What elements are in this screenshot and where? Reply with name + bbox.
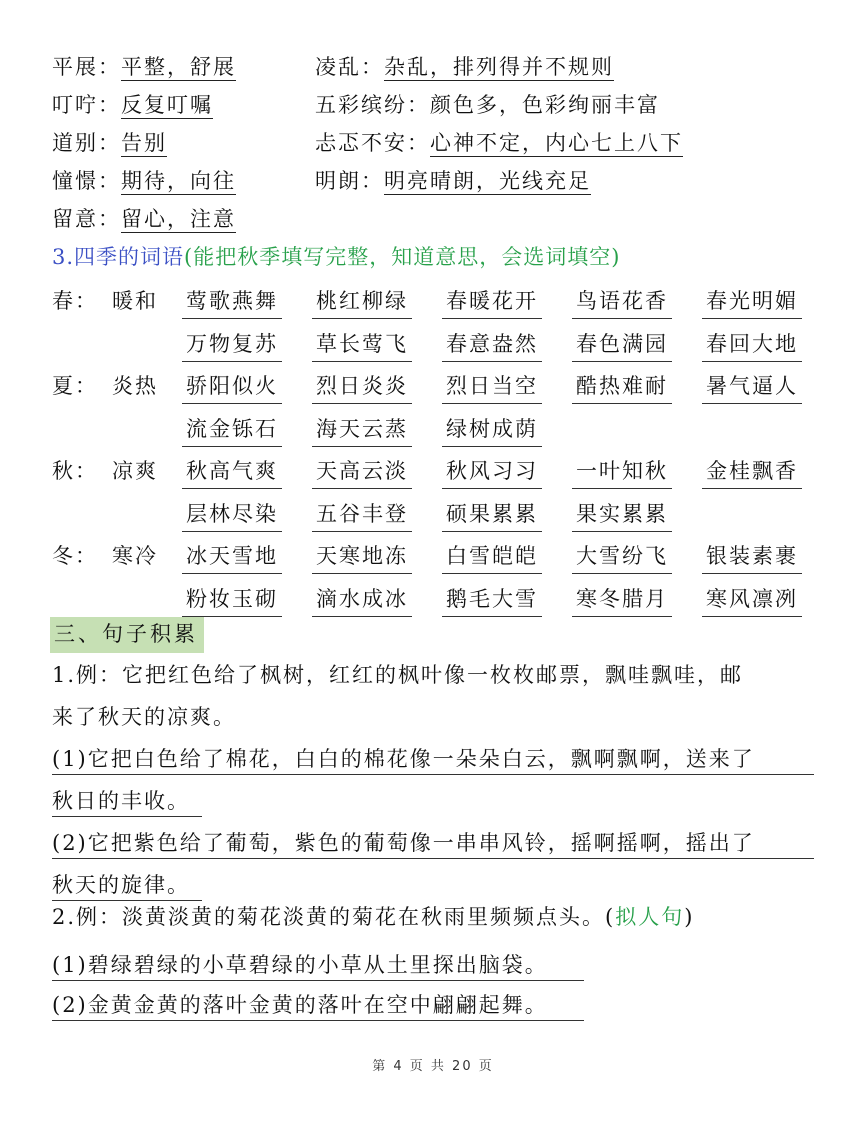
vocab-meaning: 留心，注意 [121, 207, 236, 233]
season-idiom: 桃红柳绿 [312, 286, 412, 319]
season-name: 冬： [52, 541, 112, 571]
vocab-meaning: 明亮晴朗，光线充足 [384, 169, 591, 195]
season-idiom: 绿树成荫 [442, 414, 542, 447]
season-idiom: 天高云淡 [312, 456, 412, 489]
vocab-row: 凌乱：杂乱，排列得并不规则 [315, 52, 614, 82]
vocab-meaning: 反复叮嘱 [121, 93, 213, 119]
season-idiom: 五谷丰登 [312, 499, 412, 532]
vocab-term: 明朗： [315, 169, 384, 193]
season-idiom: 天寒地冻 [312, 541, 412, 574]
season-feel: 炎热 [112, 371, 182, 401]
answer-text: 秋日的丰收。 [52, 786, 202, 817]
season-name: 春： [52, 286, 112, 316]
season-idiom: 层林尽染 [182, 499, 282, 532]
season-row: 春：暖和莺歌燕舞桃红柳绿春暖花开鸟语花香春光明媚 [52, 286, 822, 326]
season-row: 冬：寒冷冰天雪地天寒地冻白雪皑皑大雪纷飞银装素裹 [52, 541, 822, 581]
season-row: 层林尽染五谷丰登硕果累累果实累累 [52, 499, 822, 539]
season-feel: 寒冷 [112, 541, 182, 571]
season-idiom: 秋高气爽 [182, 456, 282, 489]
vocab-term: 忐忑不安： [315, 131, 430, 155]
season-feel: 暖和 [112, 286, 182, 316]
vocab-term: 道别： [52, 131, 121, 155]
answer-1-1-line1: (1)它把白色给了棉花，白白的棉花像一朵朵白云，飘啊飘啊，送来了 [52, 744, 814, 775]
answer-text: (1)碧绿碧绿的小草碧绿的小草从土里探出脑袋。 [52, 950, 584, 981]
season-feel: 凉爽 [112, 456, 182, 486]
example-2-text: 2.例：淡黄淡黄的菊花淡黄的菊花在秋雨里频频点头。( [52, 905, 615, 929]
answer-1-2-line1: (2)它把紫色给了葡萄，紫色的葡萄像一串串风铃，摇啊摇啊，摇出了 [52, 828, 814, 859]
season-idiom: 万物复苏 [182, 329, 282, 362]
season-row: 万物复苏草长莺飞春意盎然春色满园春回大地 [52, 329, 822, 369]
vocab-row: 憧憬：期待，向往 [52, 166, 236, 196]
season-idiom: 春色满园 [572, 329, 672, 362]
season-idiom: 一叶知秋 [572, 456, 672, 489]
example-2-tag: 拟人句 [615, 905, 684, 929]
example-2-close: ) [684, 905, 694, 929]
vocab-meaning: 心神不定，内心七上八下 [430, 131, 683, 157]
season-idiom: 冰天雪地 [182, 541, 282, 574]
season-idiom: 烈日炎炎 [312, 371, 412, 404]
vocab-term: 凌乱： [315, 55, 384, 79]
section-note: (能把秋季填写完整，知道意思，会选词填空) [184, 245, 620, 269]
answer-text: 秋天的旋律。 [52, 870, 202, 901]
season-idiom: 白雪皑皑 [442, 541, 542, 574]
season-name: 秋： [52, 456, 112, 486]
season-name: 夏： [52, 371, 112, 401]
answer-2-1: (1)碧绿碧绿的小草碧绿的小草从土里探出脑袋。 [52, 950, 814, 981]
season-idiom: 草长莺飞 [312, 329, 412, 362]
vocab-term: 平展： [52, 55, 121, 79]
season-row: 流金铄石海天云蒸绿树成荫 [52, 414, 822, 454]
vocab-term: 憧憬： [52, 169, 121, 193]
season-idiom: 春意盎然 [442, 329, 542, 362]
season-idiom: 大雪纷飞 [572, 541, 672, 574]
vocab-row: 明朗：明亮晴朗，光线充足 [315, 166, 591, 196]
answer-2-2: (2)金黄金黄的落叶金黄的落叶在空中翩翩起舞。 [52, 990, 814, 1021]
answer-1-1-line2: 秋日的丰收。 [52, 786, 814, 817]
answer-1-2-line2: 秋天的旋律。 [52, 870, 814, 901]
season-idiom: 暑气逼人 [702, 371, 802, 404]
example-1-line2: 来了秋天的凉爽。 [52, 702, 814, 732]
vocab-term: 留意： [52, 207, 121, 231]
season-row: 秋：凉爽秋高气爽天高云淡秋风习习一叶知秋金桂飘香 [52, 456, 822, 496]
season-idiom: 滴水成冰 [312, 584, 412, 617]
vocab-row: 叮咛：反复叮嘱 [52, 90, 213, 120]
season-idiom: 硕果累累 [442, 499, 542, 532]
season-idiom: 流金铄石 [182, 414, 282, 447]
season-idiom: 秋风习习 [442, 456, 542, 489]
season-idiom: 酷热难耐 [572, 371, 672, 404]
season-idiom: 春光明媚 [702, 286, 802, 319]
season-idiom: 春回大地 [702, 329, 802, 362]
vocab-term: 五彩缤纷： [315, 93, 430, 117]
season-idiom: 粉妆玉砌 [182, 584, 282, 617]
example-2: 2.例：淡黄淡黄的菊花淡黄的菊花在秋雨里频频点头。(拟人句) [52, 902, 814, 932]
answer-text: (2)金黄金黄的落叶金黄的落叶在空中翩翩起舞。 [52, 990, 584, 1021]
season-idiom: 烈日当空 [442, 371, 542, 404]
season-idiom: 寒冬腊月 [572, 584, 672, 617]
vocab-meaning: 期待，向往 [121, 169, 236, 195]
season-idiom: 海天云蒸 [312, 414, 412, 447]
vocab-meaning: 杂乱，排列得并不规则 [384, 55, 614, 81]
season-idiom: 春暖花开 [442, 286, 542, 319]
season-idiom: 鸟语花香 [572, 286, 672, 319]
section-heading-sentences: 三、句子积累 [50, 617, 204, 653]
vocab-row: 忐忑不安：心神不定，内心七上八下 [315, 128, 683, 158]
season-idiom: 银装素裹 [702, 541, 802, 574]
vocab-row: 平展：平整，舒展 [52, 52, 236, 82]
vocab-meaning: 平整，舒展 [121, 55, 236, 81]
example-1-line1: 1.例：它把红色给了枫树，红红的枫叶像一枚枚邮票，飘哇飘哇，邮 [52, 660, 814, 690]
vocab-meaning: 告别 [121, 131, 167, 157]
section-title-seasons: 3.四季的词语(能把秋季填写完整，知道意思，会选词填空) [52, 242, 620, 272]
vocab-row: 道别：告别 [52, 128, 167, 158]
season-row: 夏：炎热骄阳似火烈日炎炎烈日当空酷热难耐暑气逼人 [52, 371, 822, 411]
season-idiom: 骄阳似火 [182, 371, 282, 404]
season-idiom: 果实累累 [572, 499, 672, 532]
season-idiom: 寒风凛冽 [702, 584, 802, 617]
season-idiom: 金桂飘香 [702, 456, 802, 489]
vocab-term: 叮咛： [52, 93, 121, 117]
vocab-meaning: 颜色多，色彩绚丽丰富 [430, 93, 660, 117]
season-idiom: 莺歌燕舞 [182, 286, 282, 319]
vocab-row: 留意：留心，注意 [52, 204, 236, 234]
page-footer: 第 4 页 共 20 页 [0, 1055, 866, 1074]
season-idiom: 鹅毛大雪 [442, 584, 542, 617]
section-title: 3.四季的词语 [52, 245, 184, 269]
vocab-row: 五彩缤纷：颜色多，色彩绚丽丰富 [315, 90, 660, 120]
